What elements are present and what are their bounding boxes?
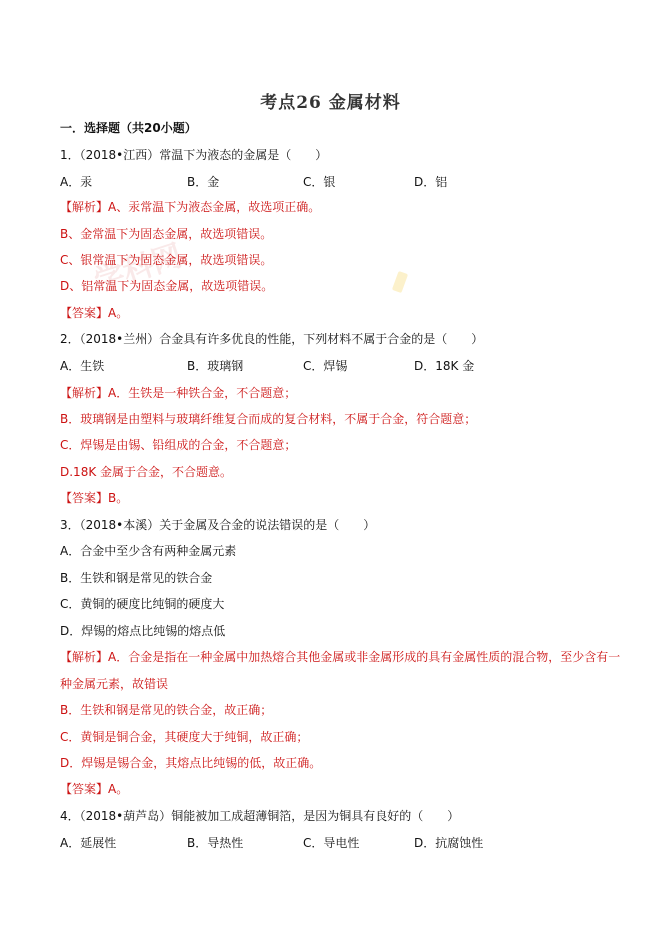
page-title: 考点26 金属材料 xyxy=(0,88,661,113)
question-2-analysis-line: D.18K 金属于合金，不合题意。 xyxy=(60,464,232,480)
watermark-logo-icon xyxy=(392,271,408,293)
question-2-analysis-line: C．焊锡是由锡、铅组成的合金，不合题意； xyxy=(60,437,296,453)
question-1-analysis-line: D、铝常温下为固态金属，故选项错误。 xyxy=(60,278,273,294)
question-3-analysis-line: D．焊锡是锡合金，其熔点比纯锡的低，故正确。 xyxy=(60,755,321,771)
question-1-answer: 【答案】A。 xyxy=(60,305,128,321)
document-page: 学科网 考点26 金属材料 一．选择题（共20小题） 1．（2018•江西）常温… xyxy=(0,0,661,935)
question-3-option-c: C．黄铜的硬度比纯铜的硬度大 xyxy=(60,596,224,612)
question-1-analysis-line: 【解析】A、汞常温下为液态金属，故选项正确。 xyxy=(60,199,320,215)
question-3-option-a: A．合金中至少含有两种金属元素 xyxy=(60,543,236,559)
question-1-option-c: C．银 xyxy=(303,174,335,190)
question-2-stem: 2．（2018•兰州）合金具有许多优良的性能，下列材料不属于合金的是（ ） xyxy=(60,331,483,347)
question-2-answer: 【答案】B。 xyxy=(60,490,128,506)
question-1-stem: 1．（2018•江西）常温下为液态的金属是（ ） xyxy=(60,147,327,163)
question-1-option-d: D．铝 xyxy=(414,174,447,190)
question-4-stem: 4．（2018•葫芦岛）铜能被加工成超薄铜箔，是因为铜具有良好的（ ） xyxy=(60,808,459,824)
section-heading: 一．选择题（共20小题） xyxy=(60,120,197,136)
question-2-option-a: A．生铁 xyxy=(60,358,104,374)
question-3-option-b: B．生铁和钢是常见的铁合金 xyxy=(60,570,212,586)
question-2-analysis-line: 【解析】A．生铁是一种铁合金，不合题意； xyxy=(60,385,296,401)
question-1-option-b: B．金 xyxy=(187,174,219,190)
question-2-option-c: C．焊锡 xyxy=(303,358,347,374)
question-4-option-d: D．抗腐蚀性 xyxy=(414,835,483,851)
question-4-option-b: B．导热性 xyxy=(187,835,243,851)
question-3-analysis-line: 【解析】A．合金是指在一种金属中加热熔合其他金属或非金属形成的具有金属性质的混合… xyxy=(60,649,620,665)
question-4-option-c: C．导电性 xyxy=(303,835,359,851)
question-3-analysis-line: 种金属元素，故错误 xyxy=(60,676,168,692)
question-2-analysis-line: B．玻璃钢是由塑料与玻璃纤维复合而成的复合材料，不属于合金，符合题意； xyxy=(60,411,476,427)
question-3-stem: 3．（2018•本溪）关于金属及合金的说法错误的是（ ） xyxy=(60,517,375,533)
question-3-analysis-line: B．生铁和钢是常见的铁合金，故正确； xyxy=(60,702,272,718)
question-3-analysis-line: C．黄铜是铜合金，其硬度大于纯铜，故正确； xyxy=(60,729,308,745)
question-1-analysis-line: B、金常温下为固态金属，故选项错误。 xyxy=(60,226,272,242)
question-3-answer: 【答案】A。 xyxy=(60,781,128,797)
question-4-option-a: A．延展性 xyxy=(60,835,116,851)
question-1-analysis-line: C、银常温下为固态金属，故选项错误。 xyxy=(60,252,272,268)
question-3-option-d: D．焊锡的熔点比纯锡的熔点低 xyxy=(60,623,225,639)
question-2-option-b: B．玻璃钢 xyxy=(187,358,243,374)
question-2-option-d: D．18K 金 xyxy=(414,358,474,374)
question-1-option-a: A．汞 xyxy=(60,174,92,190)
